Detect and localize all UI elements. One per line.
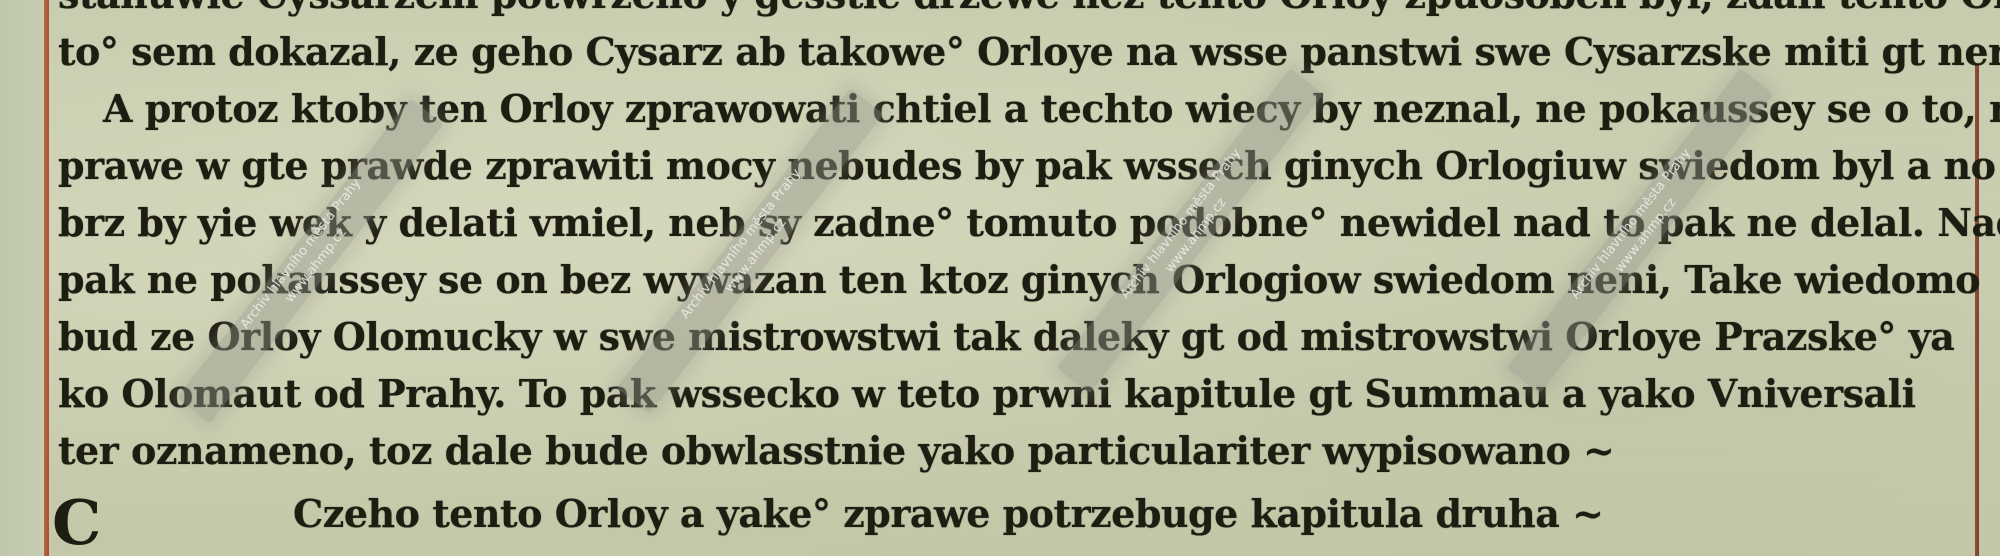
chapter-initial: C (52, 492, 101, 554)
manuscript-text-block: stanuwie Cyssarzem potwrzeno y gesstie d… (58, 0, 1978, 542)
left-margin (0, 0, 44, 556)
text-line: bud ze Orloy Olomucky w swe mistrowstwi … (58, 308, 1978, 365)
text-line: to° sem dokazal, ze geho Cysarz ab takow… (58, 23, 1978, 80)
manuscript-page: stanuwie Cyssarzem potwrzeno y gesstie d… (0, 0, 2000, 556)
chapter-heading: Czeho tento Orloy a yake° zprawe potrzeb… (58, 485, 1978, 542)
text-line: stanuwie Cyssarzem potwrzeno y gesstie d… (58, 0, 1978, 23)
text-line: A protoz ktoby ten Orloy zprawowati chti… (58, 80, 1978, 137)
text-line: ko Olomaut od Prahy. To pak wssecko w te… (58, 365, 1978, 422)
text-line: ter oznameno, toz dale bude obwlasstnie … (58, 422, 1978, 479)
left-ruling-line (44, 0, 49, 556)
text-line: pak ne pokaussey se on bez wywazan ten k… (58, 251, 1978, 308)
